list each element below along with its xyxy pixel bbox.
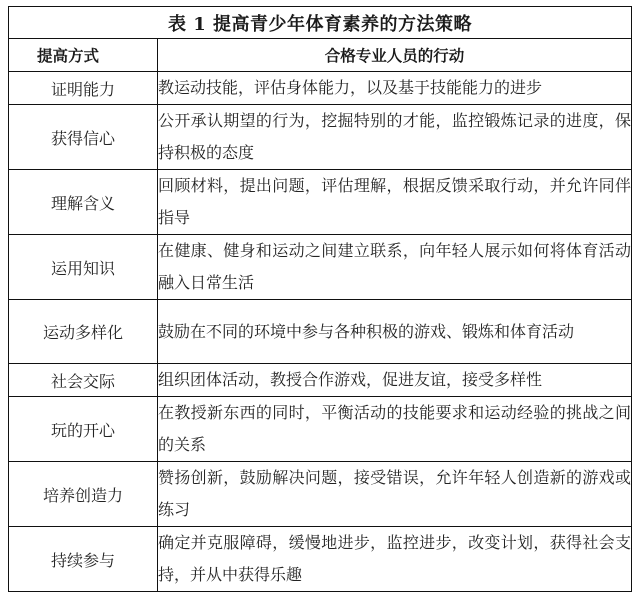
row-action: 在健康、健身和运动之间建立联系，向年轻人展示如何将体育活动融入日常生活 bbox=[158, 235, 632, 300]
table-header-row: 提高方式 合格专业人员的行动 bbox=[9, 39, 632, 72]
table-row: 理解含义 回顾材料，提出问题，评估理解，根据反馈采取行动，并允许同伴指导 bbox=[9, 170, 632, 235]
row-method: 玩的开心 bbox=[9, 397, 158, 462]
row-method: 证明能力 bbox=[9, 72, 158, 105]
row-action: 确定并克服障碍，缓慢地进步，监控进步，改变计划，获得社会支持，并从中获得乐趣 bbox=[158, 527, 632, 592]
table-row: 获得信心 公开承认期望的行为，挖掘特别的才能，监控锻炼记录的进度，保持积极的态度 bbox=[9, 105, 632, 170]
table-row: 培养创造力 赞扬创新，鼓励解决问题，接受错误，允许年轻人创造新的游戏或练习 bbox=[9, 462, 632, 527]
row-action: 赞扬创新，鼓励解决问题，接受错误，允许年轻人创造新的游戏或练习 bbox=[158, 462, 632, 527]
header-action: 合格专业人员的行动 bbox=[158, 39, 632, 72]
table-title: 表 1 提高青少年体育素养的方法策略 bbox=[9, 7, 632, 39]
table-row: 持续参与 确定并克服障碍，缓慢地进步，监控进步，改变计划，获得社会支持，并从中获… bbox=[9, 527, 632, 592]
row-action: 回顾材料，提出问题，评估理解，根据反馈采取行动，并允许同伴指导 bbox=[158, 170, 632, 235]
table-row: 社会交际 组织团体活动，教授合作游戏，促进友谊，接受多样性 bbox=[9, 364, 632, 397]
table-row: 玩的开心 在教授新东西的同时，平衡活动的技能要求和运动经验的挑战之间的关系 bbox=[9, 397, 632, 462]
row-method: 理解含义 bbox=[9, 170, 158, 235]
header-method: 提高方式 bbox=[9, 39, 158, 72]
table-row: 运动多样化 鼓励在不同的环境中参与各种积极的游戏、锻炼和体育活动 bbox=[9, 300, 632, 364]
table-row: 证明能力 教运动技能，评估身体能力，以及基于技能能力的进步 bbox=[9, 72, 632, 105]
row-action: 组织团体活动，教授合作游戏，促进友谊，接受多样性 bbox=[158, 364, 632, 397]
table-row: 运用知识 在健康、健身和运动之间建立联系，向年轻人展示如何将体育活动融入日常生活 bbox=[9, 235, 632, 300]
row-action: 教运动技能，评估身体能力，以及基于技能能力的进步 bbox=[158, 72, 632, 105]
row-method: 持续参与 bbox=[9, 527, 158, 592]
row-method: 运用知识 bbox=[9, 235, 158, 300]
strategy-table: 表 1 提高青少年体育素养的方法策略 提高方式 合格专业人员的行动 证明能力 教… bbox=[8, 6, 632, 592]
table-title-row: 表 1 提高青少年体育素养的方法策略 bbox=[9, 7, 632, 39]
row-method: 运动多样化 bbox=[9, 300, 158, 364]
row-action: 公开承认期望的行为，挖掘特别的才能，监控锻炼记录的进度，保持积极的态度 bbox=[158, 105, 632, 170]
row-method: 培养创造力 bbox=[9, 462, 158, 527]
row-action: 在教授新东西的同时，平衡活动的技能要求和运动经验的挑战之间的关系 bbox=[158, 397, 632, 462]
row-action: 鼓励在不同的环境中参与各种积极的游戏、锻炼和体育活动 bbox=[158, 300, 632, 364]
row-method: 社会交际 bbox=[9, 364, 158, 397]
row-method: 获得信心 bbox=[9, 105, 158, 170]
